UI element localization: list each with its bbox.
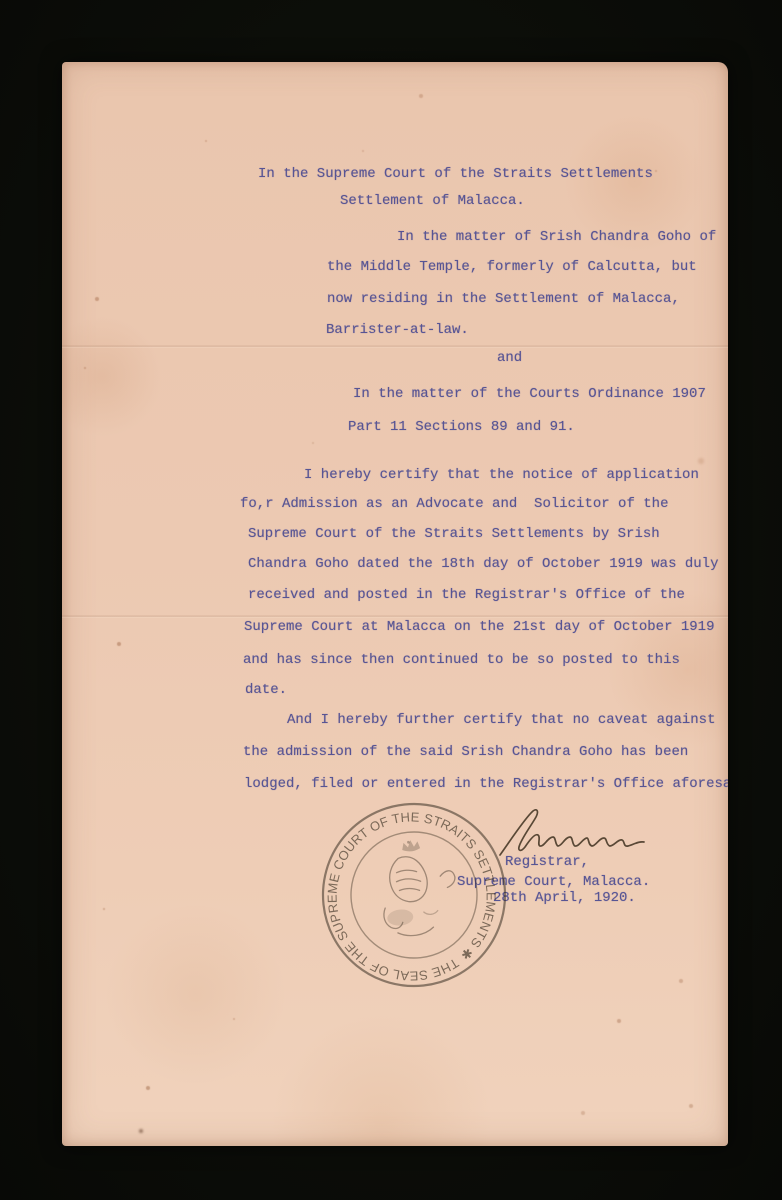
document-date: 28th April, 1920. [493,890,636,906]
svg-text:THE SEAL OF THE SUPREME COURT: THE SEAL OF THE SUPREME COURT OF THE STR… [316,801,507,992]
typed-line-further-certify: lodged, filed or entered in the Registra… [244,776,728,792]
typed-line-and: and [497,350,522,366]
court-seal-stamp: THE SEAL OF THE SUPREME COURT OF THE STR… [314,795,514,995]
fold-crease [62,345,728,348]
typed-line-certify: Supreme Court of the Straits Settlements… [248,526,660,542]
typed-line-court: In the Supreme Court of the Straits Sett… [258,166,653,182]
typed-line-matter-person: the Middle Temple, formerly of Calcutta,… [327,259,697,275]
typed-line-further-certify: And I hereby further certify that no cav… [287,712,715,728]
typed-line-matter-person: Barrister-at-law. [326,322,469,338]
seal-inner-ring [345,826,483,964]
typed-line-ordinance: Part 11 Sections 89 and 91. [348,419,575,435]
typed-line-certify: date. [245,682,287,698]
fold-crease [62,615,728,618]
typed-line-certify: received and posted in the Registrar's O… [248,587,685,603]
typed-line-certify: fo,r Admission as an Advocate and Solici… [240,496,668,512]
typed-line-ordinance: In the matter of the Courts Ordinance 19… [353,386,706,402]
typed-line-certify: Chandra Goho dated the 18th day of Octob… [248,556,718,572]
seal-outer-ring [314,795,514,995]
document-page: In the Supreme Court of the Straits Sett… [62,62,728,1146]
typed-line-further-certify: the admission of the said Srish Chandra … [243,744,688,760]
typed-line-settlement: Settlement of Malacca. [340,193,525,209]
seal-ring-label: THE SEAL OF THE SUPREME COURT OF THE STR… [316,801,507,992]
typed-line-certify: Supreme Court at Malacca on the 21st day… [244,619,714,635]
typed-line-certify: I hereby certify that the notice of appl… [304,467,699,483]
typed-line-matter-person: now residing in the Settlement of Malacc… [327,291,680,307]
photo-background: In the Supreme Court of the Straits Sett… [0,0,782,1200]
typed-line-matter-person: In the matter of Srish Chandra Goho of [397,229,716,245]
registrar-title: Registrar, [505,854,589,870]
paper-stains [62,62,64,64]
typed-line-certify: and has since then continued to be so po… [243,652,680,668]
coat-of-arms-emblem [376,836,460,939]
registrar-office: Supreme Court, Malacca. [457,874,650,890]
